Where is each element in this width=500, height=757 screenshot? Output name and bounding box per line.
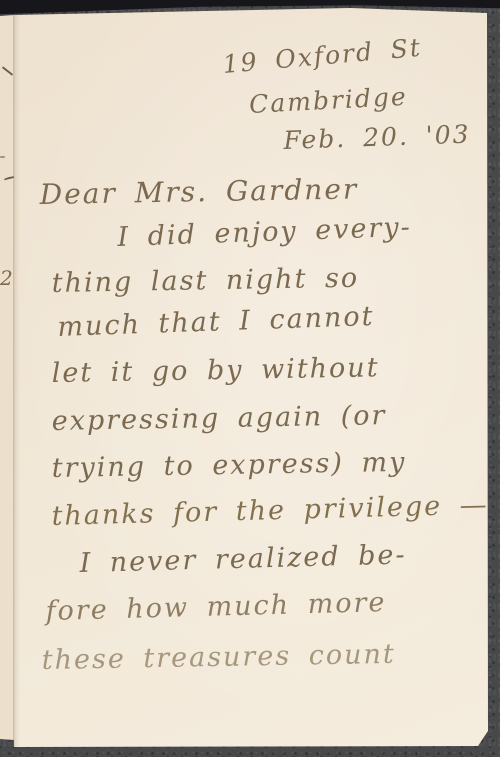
letter-line: fore how much more: [45, 587, 387, 627]
stray-ink-mark: [2, 66, 13, 76]
letter-line: these treasures count: [41, 639, 396, 676]
letter-line: trying to express) my: [51, 447, 406, 484]
date-line: Feb. 20. '03: [283, 119, 471, 155]
address-line-1: 19 Oxford St: [221, 33, 423, 79]
letter-line: thanks for the privilege —: [51, 490, 489, 532]
address-line-2: Cambridge: [248, 82, 408, 119]
letter-line: much that I cannot: [57, 301, 375, 343]
page-fold-crease: [13, 14, 20, 747]
letter-page: 19 Oxford St Cambridge Feb. 20. '03 Dear…: [0, 0, 500, 757]
letter-line: let it go by without: [51, 352, 379, 389]
stray-ink-mark: [0, 156, 5, 158]
letter-line: expressing again (or: [51, 400, 386, 437]
letter-scan: 2. 19 Oxford St Cambridge Feb. 20. '03 D…: [0, 0, 500, 757]
letter-line: I never realized be-: [79, 539, 407, 579]
salutation-line: Dear Mrs. Gardner: [39, 172, 358, 211]
letter-line: I did enjoy every-: [117, 212, 412, 253]
letter-line: thing last night so: [51, 263, 359, 299]
